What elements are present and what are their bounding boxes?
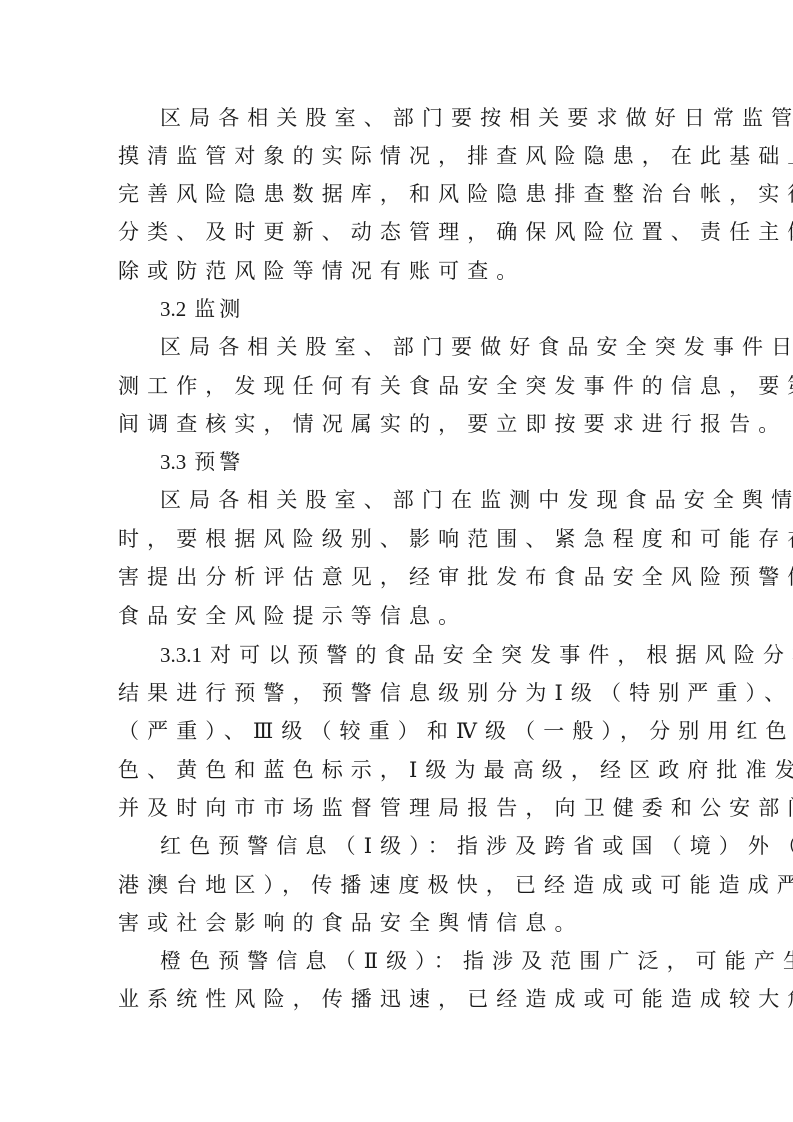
section-number: 3.2 (160, 297, 186, 321)
document-page: 区局各相关股室、部门要按相关要求做好日常监管，要 摸清监管对象的实际情况，排查风… (0, 0, 793, 1122)
text-line: （严重）、Ⅲ级（较重）和Ⅳ级（一般），分别用红色、橙 (118, 712, 698, 750)
text-line: 业系统性风险，传播迅速，已经造成或可能造成较大危害或 (118, 980, 698, 1018)
text-line: 摸清监管对象的实际情况，排查风险隐患，在此基础上建立 (118, 137, 698, 175)
text-line: 3.3.1对可以预警的食品安全突发事件，根据风险分析 (160, 636, 740, 674)
text-line: 食品安全风险提示等信息。 (118, 597, 698, 635)
text-line: 红色预警信息（Ⅰ级）：指涉及跨省或国（境）外（含 (160, 827, 740, 865)
text-line: 橙色预警信息（Ⅱ级）：指涉及范围广泛，可能产生行 (160, 942, 740, 980)
text-line: 色、黄色和蓝色标示，Ⅰ级为最高级，经区政府批准发布， (118, 751, 698, 789)
text-line: 区局各相关股室、部门要按相关要求做好日常监管，要 (160, 99, 740, 137)
text-line: 区局各相关股室、部门要做好食品安全突发事件日常监 (160, 328, 740, 366)
text-line: 时，要根据风险级别、影响范围、紧急程度和可能存在的危 (118, 520, 698, 558)
text-line: 完善风险隐患数据库，和风险隐患排查整治台帐，实行分级、 (118, 175, 698, 213)
text-line: 害或社会影响的食品安全舆情信息。 (118, 904, 698, 942)
text-line: 港澳台地区），传播速度极快，已经造成或可能造成严重危 (118, 866, 698, 904)
clause-text: 对可以预警的食品安全突发事件，根据风险分析 (210, 643, 793, 667)
section-heading-early-warning: 3.3预警 (160, 443, 740, 481)
text-line: 除或防范风险等情况有账可查。 (118, 252, 698, 290)
section-title: 监测 (194, 297, 244, 321)
section-title: 预警 (194, 450, 244, 474)
text-line: 间调查核实，情况属实的，要立即按要求进行报告。 (118, 405, 698, 443)
text-line: 结果进行预警，预警信息级别分为Ⅰ级（特别严重）、Ⅱ级 (118, 674, 698, 712)
text-line: 区局各相关股室、部门在监测中发现食品安全舆情信息 (160, 481, 740, 519)
text-line: 害提出分析评估意见，经审批发布食品安全风险预警信息或 (118, 558, 698, 596)
section-number: 3.3 (160, 450, 186, 474)
section-heading-monitoring: 3.2监测 (160, 290, 740, 328)
clause-number: 3.3.1 (160, 643, 202, 667)
text-line: 测工作，发现任何有关食品安全突发事件的信息，要第一时 (118, 367, 698, 405)
text-line: 并及时向市市场监督管理局报告，向卫健委和公安部门通报。 (118, 789, 698, 827)
text-line: 分类、及时更新、动态管理，确保风险位置、责任主体、消 (118, 213, 698, 251)
